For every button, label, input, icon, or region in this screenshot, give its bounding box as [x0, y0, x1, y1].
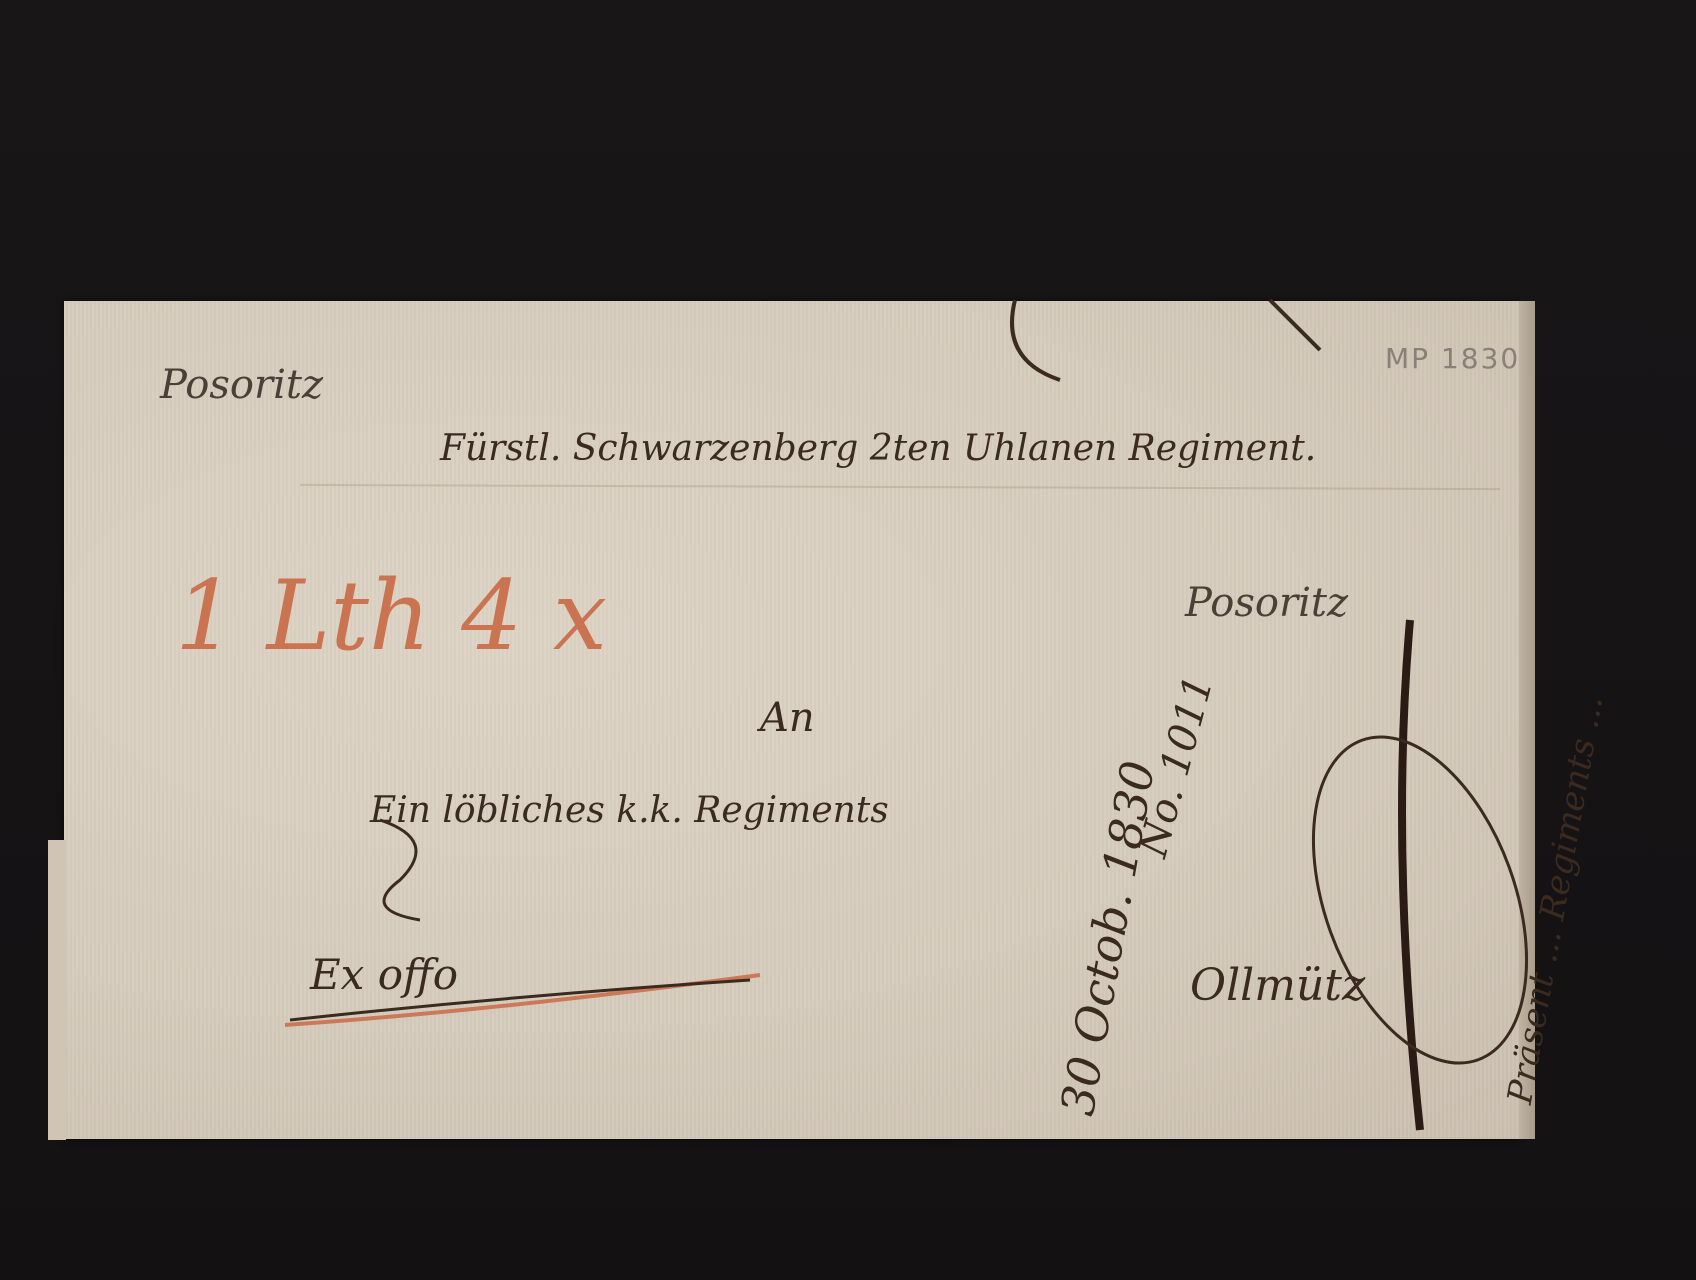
photo: Posoritz MP 1830 Fürstl. Schwarzenberg 2…: [0, 0, 1696, 1280]
handwriting-flourishes: [0, 0, 1696, 1280]
